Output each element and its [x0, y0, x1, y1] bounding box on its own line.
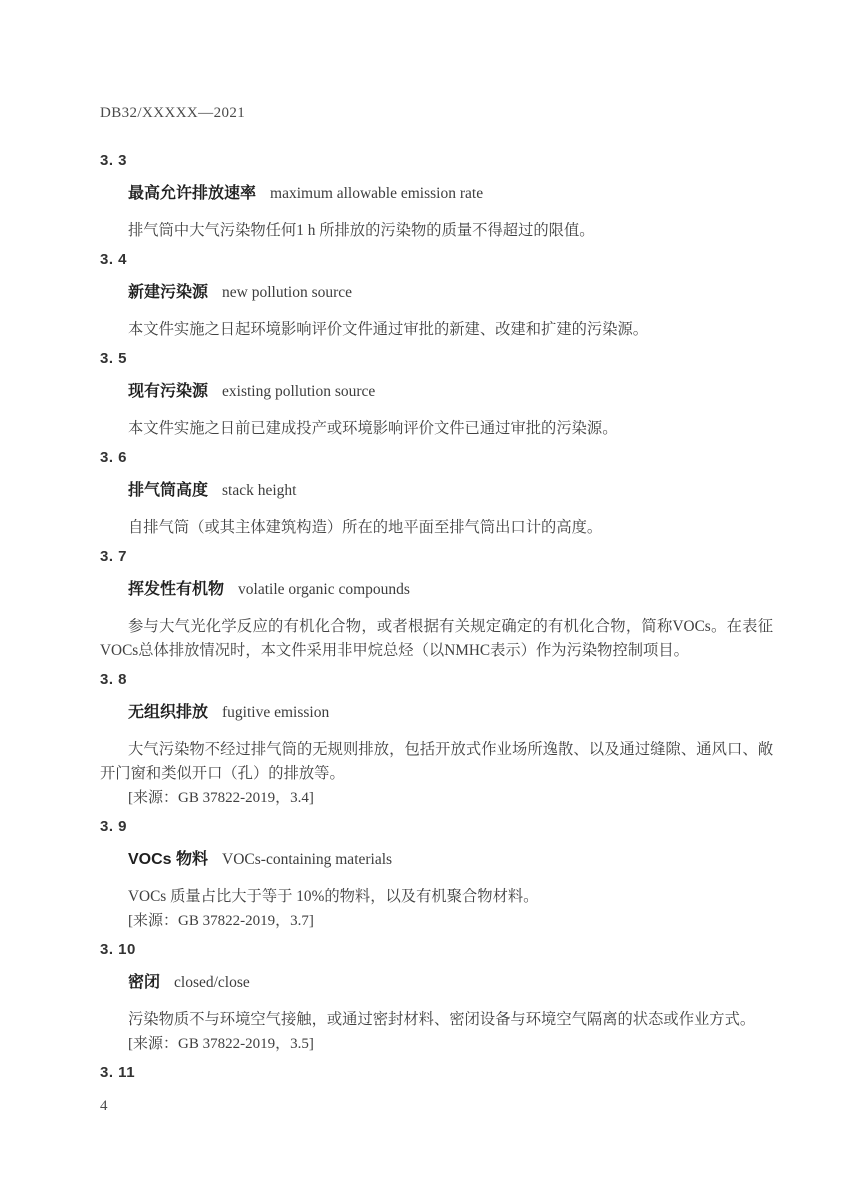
term-english: new pollution source — [222, 284, 352, 301]
term-chinese: 无组织排放 — [128, 704, 208, 721]
clause-number: 3. 8 — [100, 671, 773, 689]
term-english: fugitive emission — [222, 704, 329, 721]
term-chinese: 排气筒高度 — [128, 482, 208, 499]
clause-number: 3. 3 — [100, 152, 773, 170]
term-section: 3. 3最高允许排放速率maximum allowable emission r… — [100, 152, 773, 243]
term-chinese: 最高允许排放速率 — [128, 185, 256, 202]
term-heading: 排气筒高度stack height — [100, 481, 773, 501]
term-section: 3. 5现有污染源existing pollution source本文件实施之… — [100, 350, 773, 441]
term-chinese: 新建污染源 — [128, 284, 208, 301]
term-english: volatile organic compounds — [238, 581, 410, 598]
clause-number: 3. 9 — [100, 818, 773, 836]
definition-paragraph: 自排气筒（或其主体建筑构造）所在的地平面至排气筒出口计的高度。 — [100, 516, 773, 540]
definition-paragraph: VOCs 质量占比大于等于 10%的物料，以及有机聚合物材料。 — [100, 885, 773, 909]
term-english: maximum allowable emission rate — [270, 185, 483, 202]
term-section: 3. 4新建污染源new pollution source本文件实施之日起环境影… — [100, 251, 773, 342]
clause-number: 3. 7 — [100, 548, 773, 566]
terms-definitions-list: 3. 3最高允许排放速率maximum allowable emission r… — [100, 152, 773, 1082]
term-heading: 无组织排放fugitive emission — [100, 703, 773, 723]
definition-paragraph: 本文件实施之日前已建成投产或环境影响评价文件已通过审批的污染源。 — [100, 417, 773, 441]
term-heading: 现有污染源existing pollution source — [100, 382, 773, 402]
clause-number: 3. 4 — [100, 251, 773, 269]
definition-paragraph: 大气污染物不经过排气筒的无规则排放，包括开放式作业场所逸散、以及通过缝隙、通风口… — [100, 738, 773, 786]
term-section: 3. 8无组织排放fugitive emission大气污染物不经过排气筒的无规… — [100, 671, 773, 810]
clause-number: 3. 10 — [100, 941, 773, 959]
term-chinese: 现有污染源 — [128, 383, 208, 400]
clause-number: 3. 5 — [100, 350, 773, 368]
page-content: DB32/XXXXX—2021 3. 3最高允许排放速率maximum allo… — [0, 0, 849, 1082]
source-reference: [来源：GB 37822-2019，3.4] — [100, 786, 773, 810]
term-english: existing pollution source — [222, 383, 375, 400]
definition-paragraph: 本文件实施之日起环境影响评价文件通过审批的新建、改建和扩建的污染源。 — [100, 318, 773, 342]
term-chinese: VOCs 物料 — [128, 851, 208, 868]
term-chinese: 挥发性有机物 — [128, 581, 224, 598]
clause-number: 3. 6 — [100, 449, 773, 467]
term-heading: 最高允许排放速率maximum allowable emission rate — [100, 184, 773, 204]
term-section: 3. 9VOCs 物料VOCs-containing materialsVOCs… — [100, 818, 773, 933]
definition-paragraph: 污染物质不与环境空气接触，或通过密封材料、密闭设备与环境空气隔离的状态或作业方式… — [100, 1008, 773, 1032]
term-heading: 新建污染源new pollution source — [100, 283, 773, 303]
term-chinese: 密闭 — [128, 974, 160, 991]
document-code-header: DB32/XXXXX—2021 — [100, 104, 773, 122]
source-reference: [来源：GB 37822-2019，3.7] — [100, 909, 773, 933]
page-number: 4 — [100, 1098, 108, 1115]
term-heading: 密闭closed/close — [100, 973, 773, 993]
term-section: 3. 7挥发性有机物volatile organic compounds参与大气… — [100, 548, 773, 663]
document-page: DB32/XXXXX—2021 3. 3最高允许排放速率maximum allo… — [0, 0, 849, 1200]
term-section: 3. 10密闭closed/close污染物质不与环境空气接触，或通过密封材料、… — [100, 941, 773, 1056]
term-english: stack height — [222, 482, 296, 499]
definition-paragraph: 排气筒中大气污染物任何1 h 所排放的污染物的质量不得超过的限值。 — [100, 219, 773, 243]
term-heading: 挥发性有机物volatile organic compounds — [100, 580, 773, 600]
source-reference: [来源：GB 37822-2019，3.5] — [100, 1032, 773, 1056]
term-english: VOCs-containing materials — [222, 851, 392, 868]
term-section: 3. 6排气筒高度stack height自排气筒（或其主体建筑构造）所在的地平… — [100, 449, 773, 540]
definition-paragraph: 参与大气光化学反应的有机化合物，或者根据有关规定确定的有机化合物，简称VOCs。… — [100, 615, 773, 663]
term-english: closed/close — [174, 974, 250, 991]
term-heading: VOCs 物料VOCs-containing materials — [100, 850, 773, 870]
term-section: 3. 11 — [100, 1064, 773, 1082]
clause-number: 3. 11 — [100, 1064, 773, 1082]
